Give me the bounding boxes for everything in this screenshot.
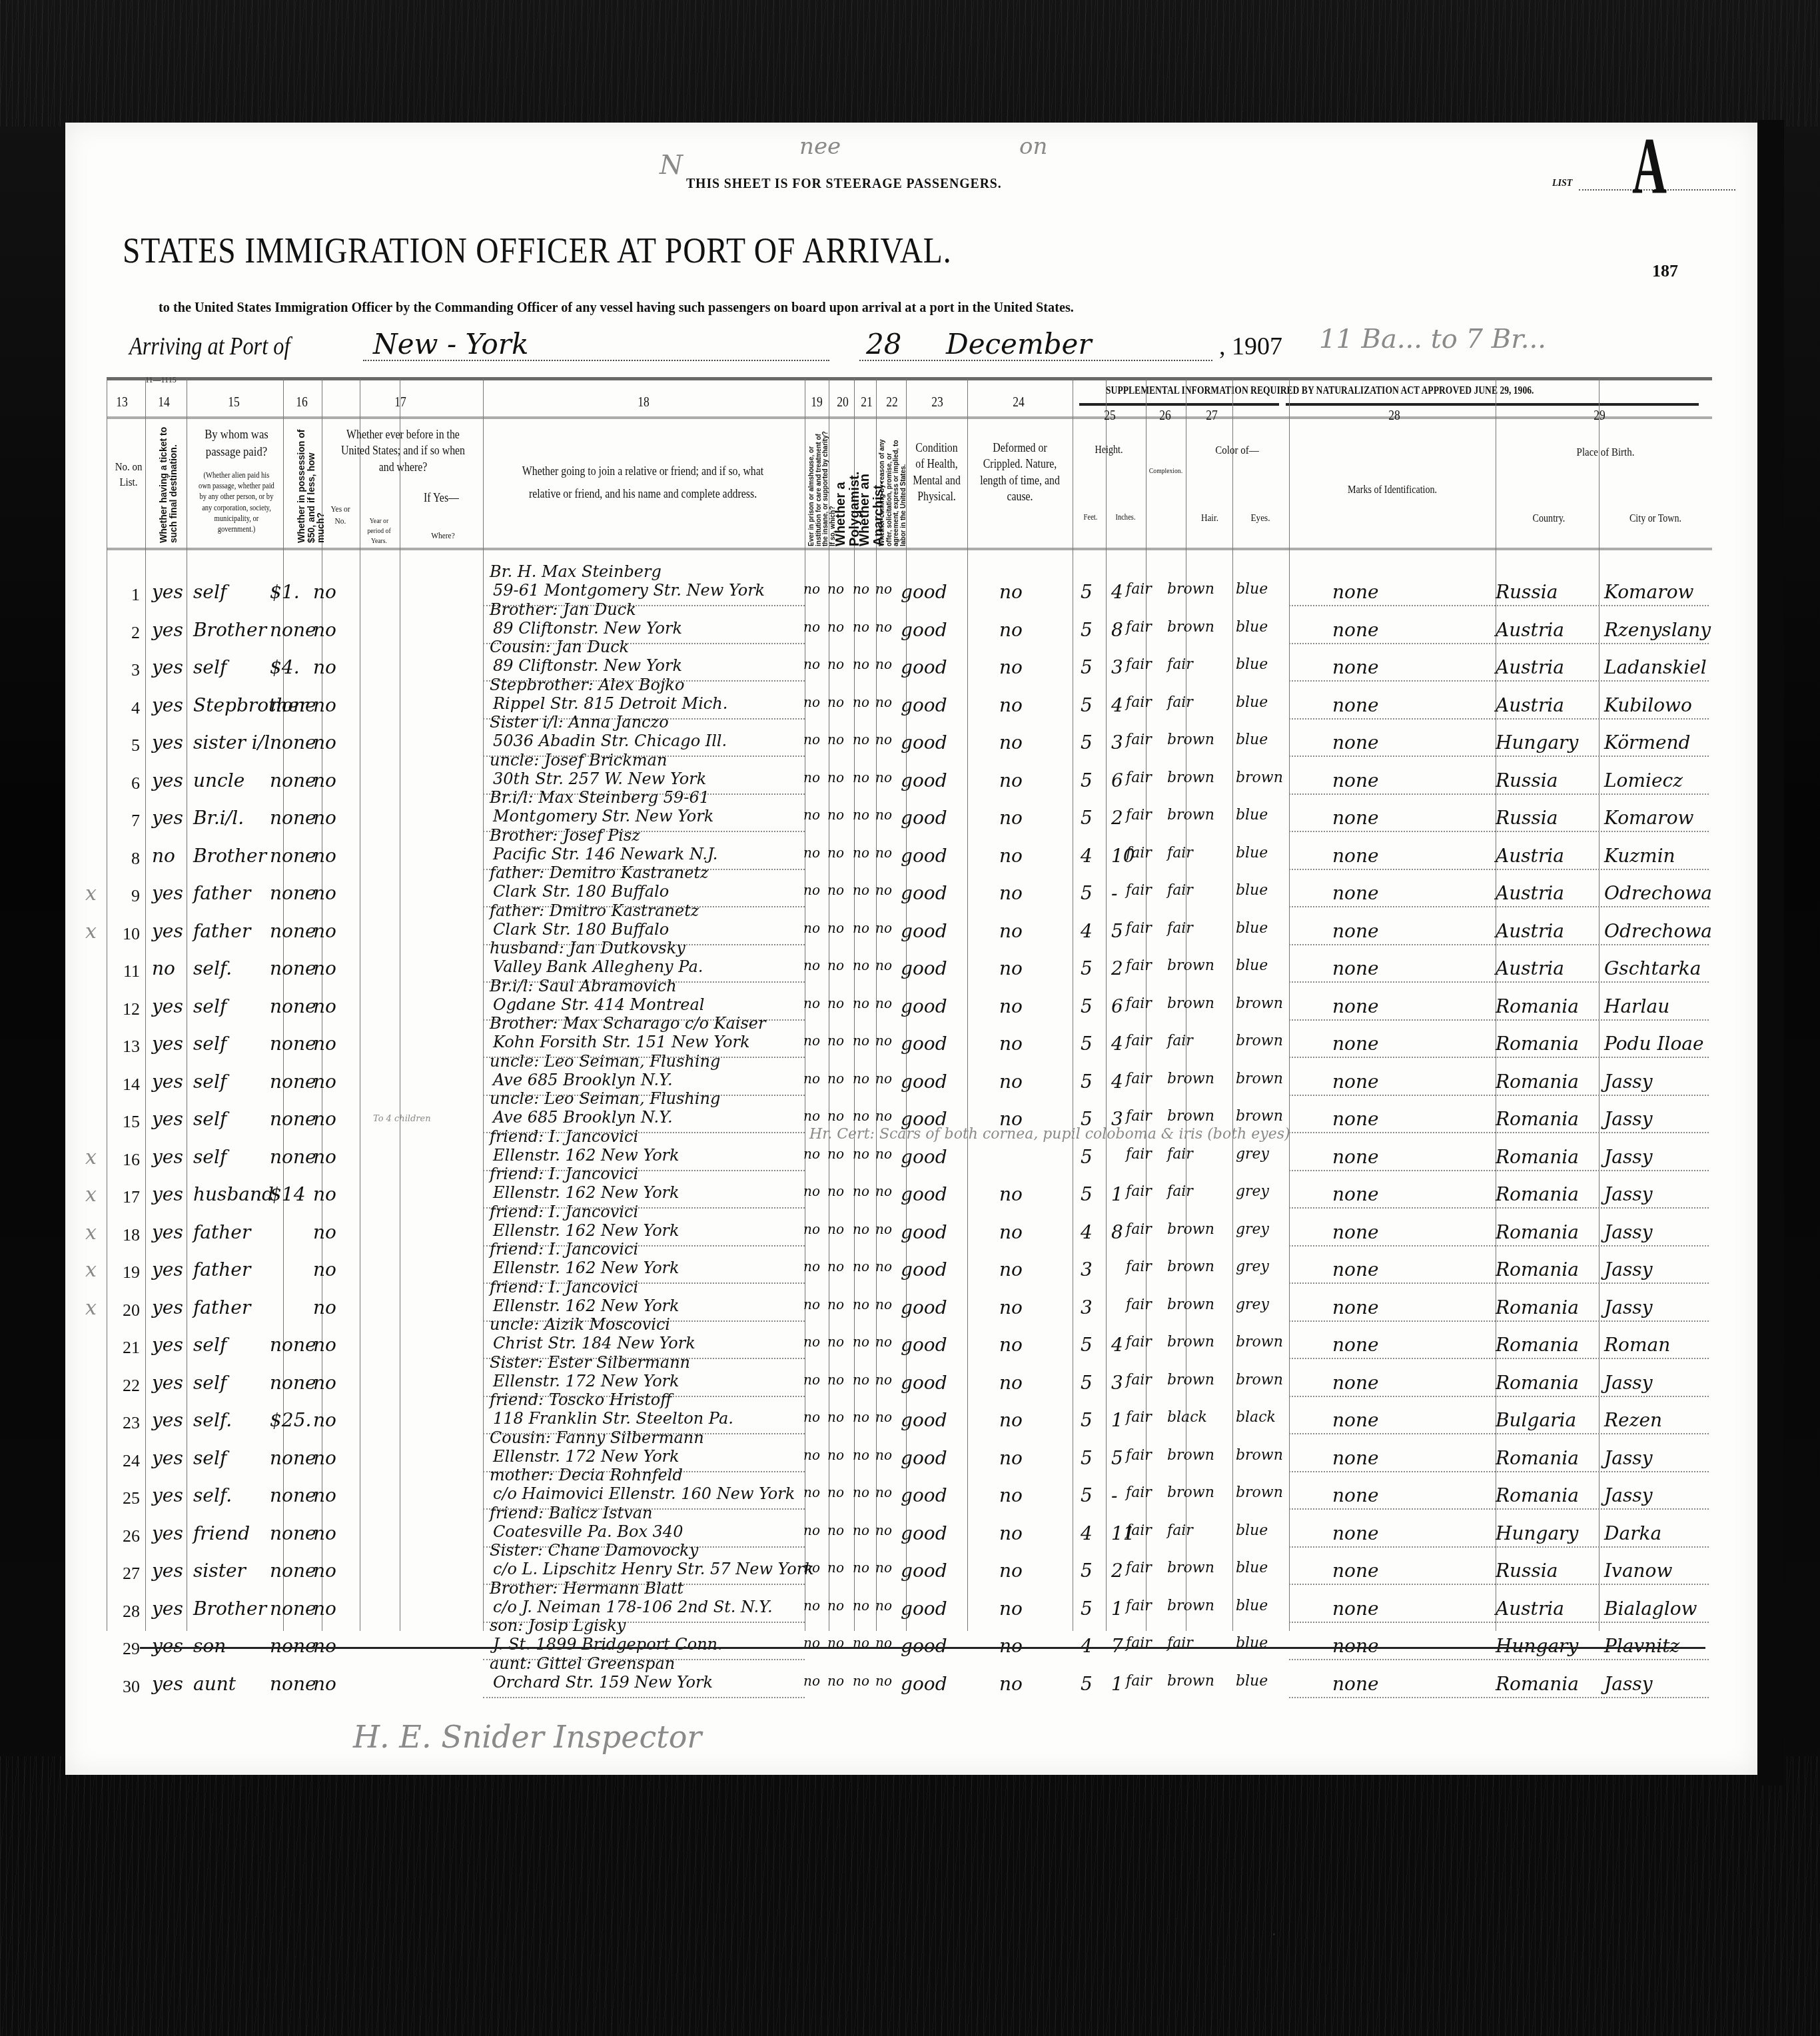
relative-address: c/o J. Neiman 178-106 2nd St. N.Y.	[493, 1598, 773, 1616]
margin-check-mark: x	[85, 1146, 97, 1169]
cell-paid-by: aunt	[193, 1673, 236, 1695]
cell-before: no	[313, 1598, 336, 1620]
cell-deformed: no	[999, 882, 1023, 904]
cell-ticket: no	[152, 957, 175, 979]
row-divider	[1289, 1433, 1709, 1434]
cell-health: good	[901, 732, 947, 754]
relative-name: friend: Toscko Hristoff	[490, 1390, 672, 1409]
relative-name: father: Demitro Kastranetz	[490, 863, 709, 882]
col-24-num: 24	[1013, 393, 1025, 410]
cell-complexion: fair	[1126, 1146, 1152, 1163]
cell-country: Austria	[1496, 957, 1564, 979]
cell-ticket: yes	[152, 1635, 183, 1657]
relative-address: Montgomery Str. New York	[493, 807, 713, 825]
relative-address: c/o L. Lipschitz Henry Str. 57 New York	[493, 1560, 814, 1578]
cell-before: no	[313, 807, 336, 829]
cell-deformed: no	[999, 1033, 1023, 1055]
sheet-edge-shadow	[1757, 120, 1784, 1785]
cell-before: no	[313, 1259, 336, 1280]
relative-name: Cousin: Fanny Silbermann	[490, 1428, 704, 1447]
col-25-inches: Inches.	[1109, 512, 1141, 522]
row-divider	[1289, 756, 1709, 757]
cell-marks: none	[1332, 1033, 1379, 1055]
cell-health: good	[901, 1296, 947, 1318]
cell-hair: brown	[1167, 1598, 1214, 1614]
cell-health: good	[901, 1522, 947, 1544]
cell-complexion: fair	[1126, 1560, 1152, 1576]
row-number: 30	[113, 1677, 140, 1697]
cell-prison: no	[803, 581, 820, 597]
cell-ticket: yes	[152, 995, 183, 1017]
cell-hair: brown	[1167, 619, 1214, 636]
cell-country: Romania	[1496, 1372, 1579, 1394]
cell-money: none	[270, 995, 316, 1017]
cell-town: Ivanow	[1604, 1560, 1672, 1582]
header-bottom-rule	[107, 548, 1712, 550]
cell-prison: no	[803, 732, 820, 748]
cell-marks: none	[1332, 581, 1379, 603]
cell-complexion: fair	[1126, 1522, 1152, 1539]
cell-ticket: yes	[152, 619, 183, 641]
relative-address: Clark Str. 180 Buffalo	[493, 920, 669, 939]
cell-marks: none	[1332, 1071, 1379, 1093]
cell-anarchist: no	[853, 581, 869, 597]
cell-feet: 4	[1081, 920, 1093, 942]
cell-country: Hungary	[1496, 732, 1578, 754]
port-value: New - York	[373, 328, 528, 360]
cell-labor: no	[875, 1409, 892, 1425]
cell-feet: 3	[1081, 1296, 1093, 1318]
page-number: 187	[1652, 261, 1678, 281]
cell-town: Jassy	[1604, 1108, 1652, 1130]
cell-polygamist: no	[827, 656, 844, 672]
cell-town: Komarow	[1604, 581, 1693, 603]
cell-complexion: fair	[1126, 1484, 1152, 1501]
cell-money: none	[270, 1447, 316, 1469]
cell-anarchist: no	[853, 1334, 869, 1350]
cell-town: Podu Iloae	[1604, 1033, 1704, 1055]
relative-address: 59-61 Montgomery Str. New York	[493, 581, 765, 600]
relative-name: uncle: Leo Seiman, Flushing	[490, 1089, 720, 1108]
cell-town: Ladanskiel	[1604, 656, 1707, 678]
cell-ticket: yes	[152, 1183, 183, 1205]
cell-feet: 5	[1081, 1033, 1093, 1055]
cell-money: $14	[270, 1183, 305, 1205]
col-27-num: 27	[1206, 406, 1218, 424]
col-15-subheader: (Whether alien paid his own passage, whe…	[199, 470, 274, 534]
film-background-bottom	[0, 1756, 1820, 2036]
cell-prison: no	[803, 1372, 820, 1388]
cell-ticket: yes	[152, 1071, 183, 1093]
cell-money: $4.	[270, 656, 300, 678]
relative-name: friend: I. Jancovici	[490, 1203, 638, 1221]
cell-marks: none	[1332, 694, 1379, 716]
cell-money: $25.	[270, 1409, 311, 1431]
cell-complexion: fair	[1126, 769, 1152, 786]
cell-marks: none	[1332, 1334, 1379, 1356]
row-number: 19	[113, 1263, 140, 1282]
cell-anarchist: no	[853, 694, 869, 710]
cell-eyes: blue	[1236, 656, 1268, 673]
cell-labor: no	[875, 1033, 892, 1049]
cell-country: Hungary	[1496, 1635, 1578, 1657]
cell-labor: no	[875, 995, 892, 1011]
cell-hair: brown	[1167, 957, 1214, 974]
row-divider	[1289, 1584, 1709, 1585]
relative-address: Orchard Str. 159 New York	[493, 1673, 713, 1692]
cell-health: good	[901, 1409, 947, 1431]
cell-labor: no	[875, 1334, 892, 1350]
cell-anarchist: no	[853, 769, 869, 785]
cell-country: Romania	[1496, 1146, 1579, 1168]
cell-country: Romania	[1496, 1259, 1579, 1280]
cell-eyes: brown	[1236, 1447, 1283, 1464]
cell-town: Bialaglow	[1604, 1598, 1697, 1620]
cell-complexion: fair	[1126, 957, 1152, 974]
cell-complexion: fair	[1126, 1635, 1152, 1652]
relative-address: Ellenstr. 172 New York	[493, 1447, 680, 1466]
cell-labor: no	[875, 694, 892, 710]
row-divider	[1289, 1697, 1709, 1698]
row-number: 23	[113, 1413, 140, 1433]
cell-hair: black	[1167, 1409, 1207, 1426]
row-divider	[1289, 869, 1709, 870]
cell-polygamist: no	[827, 1673, 844, 1689]
cell-eyes: blue	[1236, 845, 1268, 861]
cell-hair: fair	[1167, 920, 1193, 937]
cell-ticket: yes	[152, 769, 183, 791]
relative-address: Ellenstr. 162 New York	[493, 1296, 680, 1315]
cell-polygamist: no	[827, 1296, 844, 1312]
row-number: 22	[113, 1376, 140, 1396]
cell-eyes: blue	[1236, 1560, 1268, 1576]
cell-paid-by: father	[193, 920, 250, 942]
row-divider	[1289, 1508, 1709, 1510]
cell-country: Romania	[1496, 1334, 1579, 1356]
cell-town: Lomiecz	[1604, 769, 1683, 791]
cell-money: none	[270, 1484, 316, 1506]
cell-town: Harlau	[1604, 995, 1669, 1017]
cell-before: no	[313, 1409, 336, 1431]
cell-country: Romania	[1496, 1183, 1579, 1205]
cell-ticket: yes	[152, 1447, 183, 1469]
cell-health: good	[901, 1334, 947, 1356]
cell-money: none	[270, 1522, 316, 1544]
cell-hair: brown	[1167, 1296, 1214, 1313]
relative-address: Kohn Forsith Str. 151 New York	[493, 1033, 749, 1051]
cell-eyes: grey	[1236, 1259, 1269, 1275]
cell-hair: brown	[1167, 1372, 1214, 1388]
cell-country: Russia	[1496, 769, 1558, 791]
col-17-yes-no: Yes or No.	[324, 503, 356, 526]
cell-polygamist: no	[827, 732, 844, 748]
row-number: 18	[113, 1225, 140, 1245]
row-number: 29	[113, 1639, 140, 1659]
row-number: 21	[113, 1338, 140, 1358]
cell-complexion: fair	[1126, 920, 1152, 937]
cell-eyes: blue	[1236, 1522, 1268, 1539]
cell-inches: 2	[1111, 957, 1123, 979]
cell-labor: no	[875, 1560, 892, 1576]
col-27-hair: Hair.	[1190, 512, 1230, 525]
col-17-header: Whether ever before in the United States…	[333, 426, 472, 475]
cell-prison: no	[803, 619, 820, 635]
relative-name: Sister i/l: Anna Janczo	[490, 713, 669, 732]
cell-paid-by: self	[193, 1447, 227, 1469]
cell-anarchist: no	[853, 1598, 869, 1614]
cell-before: no	[313, 1033, 336, 1055]
cell-town: Körmend	[1604, 732, 1691, 754]
cell-ticket: yes	[152, 1372, 183, 1394]
cell-before: no	[313, 1522, 336, 1544]
cell-deformed: no	[999, 656, 1023, 678]
row-divider	[1289, 1358, 1709, 1359]
cell-health: good	[901, 581, 947, 603]
cell-anarchist: no	[853, 1259, 869, 1274]
cell-town: Roman	[1604, 1334, 1670, 1356]
cell-complexion: fair	[1126, 845, 1152, 861]
cell-health: good	[901, 920, 947, 942]
row-divider	[1289, 1207, 1709, 1209]
cell-paid-by: self.	[193, 1409, 232, 1431]
cell-paid-by: friend	[193, 1522, 250, 1544]
cell-eyes: blue	[1236, 920, 1268, 937]
cell-feet: 5	[1081, 1598, 1093, 1620]
cell-eyes: blue	[1236, 882, 1268, 899]
header-top-rule	[107, 377, 1712, 380]
row-divider	[1289, 643, 1709, 644]
cell-money: none	[270, 1146, 316, 1168]
cell-inches: 8	[1111, 619, 1123, 641]
cell-health: good	[901, 882, 947, 904]
cell-marks: none	[1332, 732, 1379, 754]
cell-complexion: fair	[1126, 1071, 1152, 1087]
cell-inches: 7	[1111, 1635, 1123, 1657]
cell-labor: no	[875, 1447, 892, 1463]
cell-money: none	[270, 920, 316, 942]
cell-town: Kuzmin	[1604, 845, 1675, 867]
cell-labor: no	[875, 656, 892, 672]
row-divider	[1289, 1320, 1709, 1322]
cell-money: none	[270, 845, 316, 867]
relative-name: Brother: Max Scharago c/o Kaiser	[490, 1014, 765, 1033]
cell-complexion: fair	[1126, 1221, 1152, 1238]
cell-polygamist: no	[827, 1183, 844, 1199]
cell-before: no	[313, 1447, 336, 1469]
cell-before: no	[313, 1071, 336, 1093]
cell-deformed: no	[999, 581, 1023, 603]
relative-name: friend: I. Jancovici	[490, 1165, 638, 1183]
cell-money: none	[270, 1560, 316, 1582]
cell-polygamist: no	[827, 1071, 844, 1087]
cell-inches: 3	[1111, 656, 1123, 678]
cell-health: good	[901, 656, 947, 678]
year: , 1907	[1219, 332, 1282, 361]
cell-inches: 4	[1111, 1033, 1123, 1055]
cell-before: no	[313, 995, 336, 1017]
cell-anarchist: no	[853, 1108, 869, 1124]
cell-feet: 5	[1081, 1560, 1093, 1582]
cell-ticket: yes	[152, 1221, 183, 1243]
cell-feet: 5	[1081, 1334, 1093, 1356]
relative-name: uncle: Aizik Moscovici	[490, 1315, 670, 1334]
cell-deformed: no	[999, 1635, 1023, 1657]
cell-inches: 2	[1111, 807, 1123, 829]
cell-hair: brown	[1167, 581, 1214, 598]
cell-town: Jassy	[1604, 1221, 1652, 1243]
cell-eyes: brown	[1236, 1372, 1283, 1388]
cell-before: no	[313, 732, 336, 754]
cell-country: Russia	[1496, 1560, 1558, 1582]
cell-complexion: fair	[1126, 1447, 1152, 1464]
col-18-num: 18	[638, 393, 650, 410]
cell-labor: no	[875, 845, 892, 861]
cell-marks: none	[1332, 957, 1379, 979]
cell-country: Austria	[1496, 656, 1564, 678]
row-number: 25	[113, 1488, 140, 1508]
margin-check-mark: x	[85, 1183, 97, 1207]
col-29-header: Place of Birth.	[1512, 445, 1699, 460]
cell-town: Plavnitz	[1604, 1635, 1679, 1657]
cell-marks: none	[1332, 1635, 1379, 1657]
cell-country: Romania	[1496, 1221, 1579, 1243]
cell-hair: brown	[1167, 1447, 1214, 1464]
cell-town: Kubilowo	[1604, 694, 1692, 716]
cell-town: Rzenyslany	[1604, 619, 1711, 641]
cell-prison: no	[803, 807, 820, 823]
cell-labor: no	[875, 581, 892, 597]
row-divider	[1289, 793, 1709, 795]
cell-prison: no	[803, 1673, 820, 1689]
cell-money: none	[270, 1071, 316, 1093]
cell-eyes: brown	[1236, 1071, 1283, 1087]
cell-anarchist: no	[853, 656, 869, 672]
relative-name: son: Josip Lgisky	[490, 1616, 626, 1635]
cell-polygamist: no	[827, 807, 844, 823]
cell-deformed: no	[999, 619, 1023, 641]
cell-town: Jassy	[1604, 1372, 1652, 1394]
cell-paid-by: father	[193, 1221, 250, 1243]
cell-health: good	[901, 995, 947, 1017]
relative-address: 30th Str. 257 W. New York	[493, 769, 706, 788]
pencil-annotation: 11 Ba... to 7 Br...	[1319, 324, 1546, 354]
cell-labor: no	[875, 1673, 892, 1689]
cell-paid-by: sister	[193, 1560, 246, 1582]
cell-money: none	[270, 1598, 316, 1620]
row-divider	[1289, 944, 1709, 945]
cell-feet: 5	[1081, 732, 1093, 754]
cell-anarchist: no	[853, 1146, 869, 1162]
row-divider	[1289, 1546, 1709, 1548]
cell-ticket: yes	[152, 732, 183, 754]
cell-ticket: yes	[152, 581, 183, 603]
relative-address: Christ Str. 184 New York	[493, 1334, 695, 1352]
cell-hair: brown	[1167, 1334, 1214, 1350]
cell-labor: no	[875, 1259, 892, 1274]
relative-address: Ellenstr. 172 New York	[493, 1372, 680, 1390]
cell-deformed: no	[999, 1484, 1023, 1506]
page-title: STATES IMMIGRATION OFFICER AT PORT OF AR…	[123, 230, 951, 271]
relative-name: Stepbrother: Alex Bojko	[490, 676, 684, 694]
cell-ticket: yes	[152, 694, 183, 716]
cell-hair: brown	[1167, 995, 1214, 1012]
cell-anarchist: no	[853, 1372, 869, 1388]
row-number: 5	[113, 736, 140, 756]
col-17-num: 17	[394, 393, 406, 410]
col-25-header: Height.	[1078, 443, 1139, 458]
cell-ticket: yes	[152, 1259, 183, 1280]
cell-inches: 5	[1111, 920, 1123, 942]
relative-address: Coatesville Pa. Box 340	[493, 1522, 683, 1541]
cell-feet: 5	[1081, 882, 1093, 904]
col-28-header: Marks of Identification.	[1304, 483, 1480, 498]
col-16-num: 16	[296, 393, 308, 410]
cell-hair: fair	[1167, 694, 1193, 711]
cell-feet: 5	[1081, 1372, 1093, 1394]
cell-paid-by: self	[193, 1071, 227, 1093]
cell-money: none	[270, 1635, 316, 1657]
relative-address: Ellenstr. 162 New York	[493, 1183, 680, 1202]
relative-address: Ave 685 Brooklyn N.Y.	[493, 1108, 673, 1127]
relative-name: aunt: Gittel Greenspan	[490, 1654, 675, 1673]
cell-deformed: no	[999, 957, 1023, 979]
cell-inches: 3	[1111, 1372, 1123, 1394]
cell-eyes: brown	[1236, 769, 1283, 786]
cell-inches: 3	[1111, 732, 1123, 754]
cell-prison: no	[803, 1033, 820, 1049]
cell-complexion: fair	[1126, 732, 1152, 748]
cell-country: Romania	[1496, 1296, 1579, 1318]
col-25-num: 25	[1104, 406, 1116, 424]
cell-deformed: no	[999, 1221, 1023, 1243]
row-number: 11	[113, 961, 140, 981]
cell-country: Romania	[1496, 1484, 1579, 1506]
cell-complexion: fair	[1126, 1334, 1152, 1350]
steerage-notice: THIS SHEET IS FOR STEERAGE PASSENGERS.	[686, 175, 1002, 192]
cell-town: Odrechowa	[1604, 920, 1712, 942]
cell-health: good	[901, 1673, 947, 1695]
cell-before: no	[313, 882, 336, 904]
cell-polygamist: no	[827, 995, 844, 1011]
cell-feet: 5	[1081, 694, 1093, 716]
cell-labor: no	[875, 1484, 892, 1500]
cell-money: none	[270, 769, 316, 791]
cell-labor: no	[875, 920, 892, 936]
cell-inches: 2	[1111, 1560, 1123, 1582]
row-divider	[1289, 1245, 1709, 1247]
cell-prison: no	[803, 920, 820, 936]
row-divider	[1289, 1019, 1709, 1021]
cell-eyes: blue	[1236, 619, 1268, 636]
cell-eyes: grey	[1236, 1146, 1269, 1163]
relative-address: 5036 Abadin Str. Chicago Ill.	[493, 732, 727, 750]
cell-country: Austria	[1496, 845, 1564, 867]
cell-polygamist: no	[827, 845, 844, 861]
cell-inches: 5	[1111, 1447, 1123, 1469]
cell-complexion: fair	[1126, 1183, 1152, 1200]
cell-prison: no	[803, 1447, 820, 1463]
row-divider	[1289, 981, 1709, 983]
row-number: 15	[113, 1112, 140, 1132]
relative-name: mother: Decia Rohnfeld	[490, 1466, 683, 1484]
cell-deformed: no	[999, 732, 1023, 754]
supplemental-heading: SUPPLEMENTAL INFORMATION REQUIRED BY NAT…	[1106, 385, 1534, 397]
relative-address: Ellenstr. 162 New York	[493, 1259, 680, 1277]
cell-health: good	[901, 957, 947, 979]
row-number: 6	[113, 773, 140, 793]
cell-deformed: no	[999, 920, 1023, 942]
cell-eyes: blue	[1236, 581, 1268, 598]
